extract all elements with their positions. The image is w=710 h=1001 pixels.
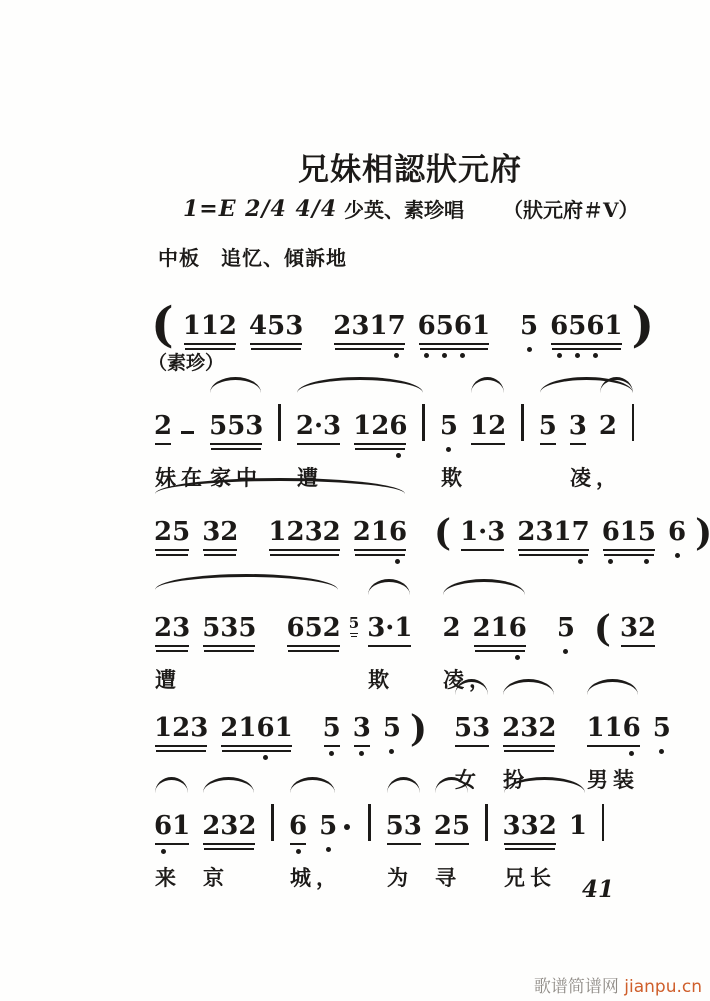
note-digit: 1 xyxy=(605,713,623,743)
slur-icon xyxy=(155,574,338,590)
note-group: 3 xyxy=(353,713,371,743)
note-digit: 2 xyxy=(154,517,172,547)
watermark: 歌谱简谱网 jianpu.cn xyxy=(534,972,702,997)
note-digit: 5 xyxy=(227,411,245,441)
song-title: 兄妹相認狀元府 xyxy=(298,144,522,189)
note-digit: 5 xyxy=(209,411,227,441)
note-group: 2 xyxy=(154,411,172,441)
note-group: 32 xyxy=(202,517,238,547)
lyrics-row: 妹在家中遭欺凌， xyxy=(148,462,668,492)
lyric-syllable: 女 xyxy=(455,764,481,794)
barline-icon xyxy=(521,404,524,441)
music-line: 612326553253321来京城，为寻兄长 xyxy=(148,772,668,892)
note-group: 232 xyxy=(502,713,556,743)
note-group: 1·3 xyxy=(460,517,505,547)
parenthesis: ( xyxy=(151,305,174,345)
note-group: 652 xyxy=(286,613,340,643)
note-digit: 2 xyxy=(154,411,172,441)
note-digit: 1 xyxy=(470,411,488,441)
note-digit: 3 xyxy=(367,613,385,643)
music-line: 25321232216(1·323176156) xyxy=(148,478,668,547)
note-digit: 1 xyxy=(353,411,371,441)
note-group: 6561 xyxy=(418,311,490,341)
parenthesis: ( xyxy=(434,516,451,550)
note-group: 5 xyxy=(539,411,557,441)
note-digit: 6 xyxy=(389,517,407,547)
note-digit: 3 xyxy=(487,517,505,547)
music-line: 2353565253·122165(32遭欺凌， xyxy=(148,574,668,694)
augmentation-dot-icon xyxy=(344,824,350,830)
note-digit: 2 xyxy=(333,311,351,341)
music-line: 1232161535)532321165女扮男装 xyxy=(148,674,668,794)
watermark-site-url: jianpu.cn xyxy=(624,977,702,997)
note-group: 216 xyxy=(353,517,407,547)
lyric-syllable: 遭 xyxy=(297,462,323,492)
note-digit: 2 xyxy=(502,713,520,743)
slur-icon xyxy=(435,777,468,793)
note-group: 2317 xyxy=(517,517,589,547)
notation-row: 25321232216(1·323176156) xyxy=(148,478,668,547)
note-digit: 6 xyxy=(418,311,436,341)
dot-note: · xyxy=(478,517,487,547)
note-group: 1232 xyxy=(268,517,340,547)
barline-icon xyxy=(485,804,488,841)
note-group: 3·1 xyxy=(367,613,412,643)
note-digit: 1 xyxy=(460,517,478,547)
note-digit: 7 xyxy=(388,311,406,341)
note-group: 32 xyxy=(620,613,656,643)
slur-icon xyxy=(471,377,504,393)
tempo-expression-marking: 中板 追忆、傾訴地 xyxy=(158,242,347,271)
note-digit: 2 xyxy=(323,613,341,643)
note-digit: 5 xyxy=(319,811,337,841)
note-digit: 2 xyxy=(539,811,557,841)
note-group: 5 xyxy=(557,613,575,643)
note-digit: 3 xyxy=(503,811,521,841)
slur-icon xyxy=(600,377,633,393)
lyric-syllable: 为 xyxy=(387,862,413,892)
note-group: 3 xyxy=(569,411,587,441)
music-line: （素珍）25532·3126512532妹在家中遭欺凌， xyxy=(148,348,668,492)
note-group: 615 xyxy=(602,517,656,547)
note-digit: 5 xyxy=(383,713,401,743)
key-and-time-signature: 1=E 2/4 4/4 xyxy=(183,196,337,222)
note-digit: 1 xyxy=(268,517,286,547)
note-digit: 2 xyxy=(172,713,190,743)
note-digit: 5 xyxy=(323,713,341,743)
note-digit: 4 xyxy=(249,311,267,341)
note-digit: 1 xyxy=(569,811,587,841)
lyric-syllable: 京 xyxy=(203,862,229,892)
note-digit: 1 xyxy=(620,517,638,547)
slur-icon xyxy=(368,579,410,595)
note-digit: 6 xyxy=(286,613,304,643)
note-digit: 1 xyxy=(604,311,622,341)
sheet-music-page: 兄妹相認狀元府 1=E 2/4 4/4 少英、素珍唱 （狀元府＃Ⅴ） 中板 追忆… xyxy=(0,0,710,1001)
note-digit: 3 xyxy=(245,411,263,441)
note-digit: 1 xyxy=(586,713,604,743)
note-group: 2 xyxy=(599,411,617,441)
note-digit: 2 xyxy=(538,713,556,743)
note-digit: 2 xyxy=(220,713,238,743)
note-digit: 2 xyxy=(442,613,460,643)
note-group: 5 xyxy=(440,411,458,441)
lyric-syllable: 男装 xyxy=(587,764,639,794)
note-digit: 5 xyxy=(452,811,470,841)
slur-icon xyxy=(540,377,633,393)
note-digit: 1 xyxy=(371,517,389,547)
note-digit: 2 xyxy=(517,517,535,547)
note-digit: 2 xyxy=(238,811,256,841)
parenthesis: ) xyxy=(695,516,710,550)
note-digit: 3 xyxy=(404,811,422,841)
barline-icon xyxy=(271,804,274,841)
barline-icon xyxy=(602,804,605,841)
note-digit: 2 xyxy=(371,411,389,441)
note-digit: 6 xyxy=(154,811,172,841)
slur-icon xyxy=(504,777,585,793)
parenthesis: ( xyxy=(594,612,611,646)
note-digit: 2 xyxy=(220,517,238,547)
note-digit: 5 xyxy=(454,713,472,743)
notation-row: 612326553253321 xyxy=(148,772,668,841)
note-digit: 1 xyxy=(154,713,172,743)
note-group: 2 xyxy=(442,613,460,643)
note-digit: 3 xyxy=(569,411,587,441)
lyric-syllable: 家中 xyxy=(210,462,262,492)
note-group: 53 xyxy=(454,713,490,743)
slur-icon xyxy=(503,679,554,695)
note-digit: 2 xyxy=(353,517,371,547)
note-digit: 6 xyxy=(389,411,407,441)
slur-icon xyxy=(155,777,188,793)
note-digit: 1 xyxy=(172,811,190,841)
note-digit: 6 xyxy=(586,311,604,341)
note-digit: 3 xyxy=(521,811,539,841)
slur-icon xyxy=(210,377,261,393)
note-digit: 2 xyxy=(473,613,491,643)
note-group: 332 xyxy=(503,811,557,841)
note-digit: 3 xyxy=(285,311,303,341)
note-digit: 5 xyxy=(638,517,656,547)
slur-icon xyxy=(155,478,405,494)
note-group: 61 xyxy=(154,811,190,841)
note-group: 53 xyxy=(386,811,422,841)
lyric-syllable: 遭 xyxy=(155,664,181,694)
note-group: 2161 xyxy=(220,713,292,743)
note-digit: 5 xyxy=(557,613,575,643)
barline-icon xyxy=(278,404,281,441)
note-digit: 2 xyxy=(488,411,506,441)
note-digit: 5 xyxy=(440,411,458,441)
note-digit: 1 xyxy=(238,713,256,743)
slur-icon xyxy=(387,777,420,793)
singer-label: （素珍） xyxy=(148,348,668,372)
note-group: 116 xyxy=(586,713,640,743)
note-digit: 1 xyxy=(491,613,509,643)
singers-credit: 少英、素珍唱 xyxy=(344,194,464,223)
note-digit: 1 xyxy=(472,311,490,341)
note-group: 553 xyxy=(209,411,263,441)
duration-dash-icon xyxy=(181,431,194,434)
note-digit: 6 xyxy=(289,811,307,841)
note-digit: 2 xyxy=(323,517,341,547)
note-group: 232 xyxy=(202,811,256,841)
lyrics-row: 遭欺凌， xyxy=(148,664,668,694)
source-note: （狀元府＃Ⅴ） xyxy=(503,194,639,223)
notation-row: 2353565253·122165(32 xyxy=(148,574,668,643)
note-digit: 6 xyxy=(550,311,568,341)
note-group: 25 xyxy=(154,517,190,547)
lyric-syllable: 兄长 xyxy=(504,862,556,892)
note-group: 453 xyxy=(249,311,303,341)
note-digit: 5 xyxy=(386,811,404,841)
slur-icon xyxy=(455,679,488,695)
note-digit: 6 xyxy=(602,517,620,547)
note-digit: 6 xyxy=(623,713,641,743)
watermark-site-name: 歌谱简谱网 xyxy=(534,977,624,997)
note-digit: 2 xyxy=(599,411,617,441)
note-digit: 5 xyxy=(305,613,323,643)
note-digit: 1 xyxy=(201,311,219,341)
note-digit: 5 xyxy=(539,411,557,441)
note-digit: 5 xyxy=(202,613,220,643)
note-digit: 3 xyxy=(172,613,190,643)
note-group: 6 xyxy=(668,517,686,547)
note-digit: 1 xyxy=(369,311,387,341)
slur-icon xyxy=(290,777,335,793)
note-group: 6561 xyxy=(550,311,622,341)
note-digit: 5 xyxy=(436,311,454,341)
barline-icon xyxy=(368,804,371,841)
slur-icon xyxy=(297,377,423,393)
note-digit: 2 xyxy=(154,613,172,643)
dot-note: · xyxy=(385,613,394,643)
barline-icon xyxy=(632,404,635,441)
note-group: 25 xyxy=(434,811,470,841)
note-group: 12 xyxy=(470,411,506,441)
slur-icon xyxy=(443,579,525,595)
note-group: 1 xyxy=(569,811,587,841)
note-digit: 6 xyxy=(668,517,686,547)
note-group: 23 xyxy=(154,613,190,643)
note-digit: 1 xyxy=(183,311,201,341)
lyric-syllable: 欺 xyxy=(441,462,467,492)
note-digit: 5 xyxy=(238,613,256,643)
notation-row: 25532·3126512532 xyxy=(148,372,668,441)
note-group: 5 xyxy=(323,713,341,743)
note-digit: 2 xyxy=(296,411,314,441)
slur-icon xyxy=(587,679,638,695)
note-digit: 3 xyxy=(220,811,238,841)
page-number: 41 xyxy=(582,876,614,903)
note-digit: 3 xyxy=(305,517,323,547)
grace-note-group: 5 xyxy=(349,615,359,631)
lyric-syllable: 凌， xyxy=(443,664,495,694)
note-digit: 5 xyxy=(568,311,586,341)
note-group: 5 xyxy=(520,311,538,341)
note-digit: 5 xyxy=(172,517,190,547)
note-group: 6 xyxy=(289,811,307,841)
music-line: (1124532317656156561) xyxy=(148,272,668,341)
note-group: 2317 xyxy=(333,311,405,341)
lyric-syllable: 凌， xyxy=(570,462,622,492)
note-digit: 6 xyxy=(454,311,472,341)
note-group: 216 xyxy=(473,613,527,643)
note-digit: 2 xyxy=(434,811,452,841)
notation-row: (1124532317656156561) xyxy=(148,272,668,341)
note-digit: 2 xyxy=(638,613,656,643)
note-group: 123 xyxy=(154,713,208,743)
note-digit: 6 xyxy=(256,713,274,743)
parenthesis: ) xyxy=(410,712,427,746)
note-group: 5 xyxy=(383,713,401,743)
note-digit: 2 xyxy=(286,517,304,547)
note-digit: 1 xyxy=(275,713,293,743)
note-digit: 3 xyxy=(620,613,638,643)
note-digit: 7 xyxy=(572,517,590,547)
note-digit: 5 xyxy=(267,311,285,341)
lyric-syllable: 寻 xyxy=(435,862,461,892)
note-digit: 6 xyxy=(509,613,527,643)
note-digit: 5 xyxy=(349,615,359,631)
note-group: 126 xyxy=(353,411,407,441)
lyric-syllable: 欺 xyxy=(368,664,394,694)
note-digit: 3 xyxy=(351,311,369,341)
slur-icon xyxy=(203,777,254,793)
note-group: 112 xyxy=(183,311,237,341)
note-group: 2·3 xyxy=(296,411,341,441)
note-digit: 3 xyxy=(353,713,371,743)
note-group: 5 xyxy=(653,713,671,743)
note-digit: 2 xyxy=(202,811,220,841)
note-digit: 3 xyxy=(535,517,553,547)
note-digit: 2 xyxy=(219,311,237,341)
dot-note: · xyxy=(314,411,323,441)
lyric-syllable: 来 xyxy=(155,862,181,892)
note-digit: 3 xyxy=(202,517,220,547)
note-digit: 1 xyxy=(394,613,412,643)
note-digit: 3 xyxy=(220,613,238,643)
lyric-syllable: 扮 xyxy=(503,764,529,794)
note-digit: 3 xyxy=(323,411,341,441)
barline-icon xyxy=(422,404,425,441)
note-digit: 1 xyxy=(554,517,572,547)
note-group: 535 xyxy=(202,613,256,643)
note-digit: 3 xyxy=(190,713,208,743)
note-digit: 3 xyxy=(520,713,538,743)
note-group: 5 xyxy=(319,811,337,841)
lyric-syllable: 城， xyxy=(290,862,342,892)
note-digit: 5 xyxy=(520,311,538,341)
note-digit: 5 xyxy=(653,713,671,743)
lyric-syllable: 妹在 xyxy=(155,462,207,492)
parenthesis: ) xyxy=(632,305,655,345)
lyrics-row: 女扮男装 xyxy=(148,764,668,794)
notation-row: 1232161535)532321165 xyxy=(148,674,668,743)
note-digit: 3 xyxy=(472,713,490,743)
